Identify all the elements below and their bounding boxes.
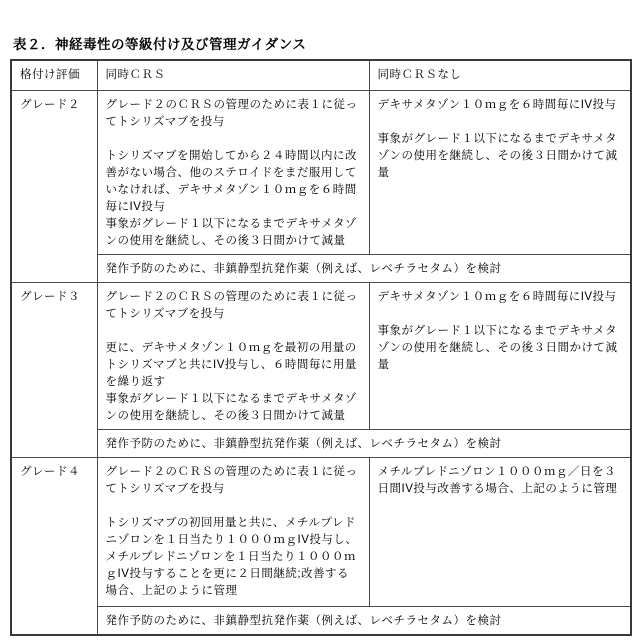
header-grade-assessment: 格付け評価 bbox=[11, 60, 97, 90]
grade4-seizure-prophylaxis-cell: 発作予防のために、非鎮静型抗発作薬（例えば、レベチラセタム）を検討 bbox=[97, 606, 631, 635]
table-row-grade2-prophylaxis: 発作予防のために、非鎮静型抗発作薬（例えば、レベチラセタム）を検討 bbox=[11, 254, 631, 282]
table-row-grade2: グレード２ グレード２のＣＲＳの管理のために表１に従ってトシリズマブを投与 トシ… bbox=[11, 90, 631, 254]
table-row-grade3-prophylaxis: 発作予防のために、非鎮静型抗発作薬（例えば、レベチラセタム）を検討 bbox=[11, 429, 631, 457]
grade3-crs-management-cell: グレード２のＣＲＳの管理のために表１に従ってトシリズマブを投与 更に、デキサメタ… bbox=[97, 282, 369, 429]
grade4-no-crs-management-cell: メチルプレドニゾロン１０００ｍｇ／日を３日間IV投与改善する場合、上記のように管… bbox=[369, 457, 631, 606]
grade4-label-cell: グレード４ bbox=[11, 457, 97, 635]
header-no-concurrent-crs: 同時ＣＲＳなし bbox=[369, 60, 631, 90]
table-row-grade4-prophylaxis: 発作予防のために、非鎮静型抗発作薬（例えば、レベチラセタム）を検討 bbox=[11, 606, 631, 635]
grade3-no-crs-management-cell: デキサメタゾン１０ｍｇを６時間毎にIV投与 事象がグレード１以下になるまでデキサ… bbox=[369, 282, 631, 429]
table-row-grade4: グレード４ グレード２のＣＲＳの管理のために表１に従ってトシリズマブを投与 トシ… bbox=[11, 457, 631, 606]
table-row-grade3: グレード３ グレード２のＣＲＳの管理のために表１に従ってトシリズマブを投与 更に… bbox=[11, 282, 631, 429]
grade2-no-crs-management-cell: デキサメタゾン１０ｍｇを６時間毎にIV投与 事象がグレード１以下になるまでデキサ… bbox=[369, 90, 631, 254]
table-header-row: 格付け評価 同時ＣＲＳ 同時ＣＲＳなし bbox=[11, 60, 631, 90]
grade2-seizure-prophylaxis-cell: 発作予防のために、非鎮静型抗発作薬（例えば、レベチラセタム）を検討 bbox=[97, 254, 631, 282]
grade3-label-cell: グレード３ bbox=[11, 282, 97, 457]
document-page: 表２．神経毒性の等級付け及び管理ガイダンス 格付け評価 同時ＣＲＳ 同時ＣＲＳな… bbox=[0, 0, 640, 640]
grade2-crs-management-cell: グレード２のＣＲＳの管理のために表１に従ってトシリズマブを投与 トシリズマブを開… bbox=[97, 90, 369, 254]
neurotoxicity-grading-table: 格付け評価 同時ＣＲＳ 同時ＣＲＳなし グレード２ グレード２のＣＲＳの管理のた… bbox=[10, 59, 632, 636]
table-title: 表２．神経毒性の等級付け及び管理ガイダンス bbox=[13, 33, 640, 53]
header-concurrent-crs: 同時ＣＲＳ bbox=[97, 60, 369, 90]
grade4-crs-management-cell: グレード２のＣＲＳの管理のために表１に従ってトシリズマブを投与 トシリズマブの初… bbox=[97, 457, 369, 606]
grade3-seizure-prophylaxis-cell: 発作予防のために、非鎮静型抗発作薬（例えば、レベチラセタム）を検討 bbox=[97, 429, 631, 457]
grade2-label-cell: グレード２ bbox=[11, 90, 97, 282]
